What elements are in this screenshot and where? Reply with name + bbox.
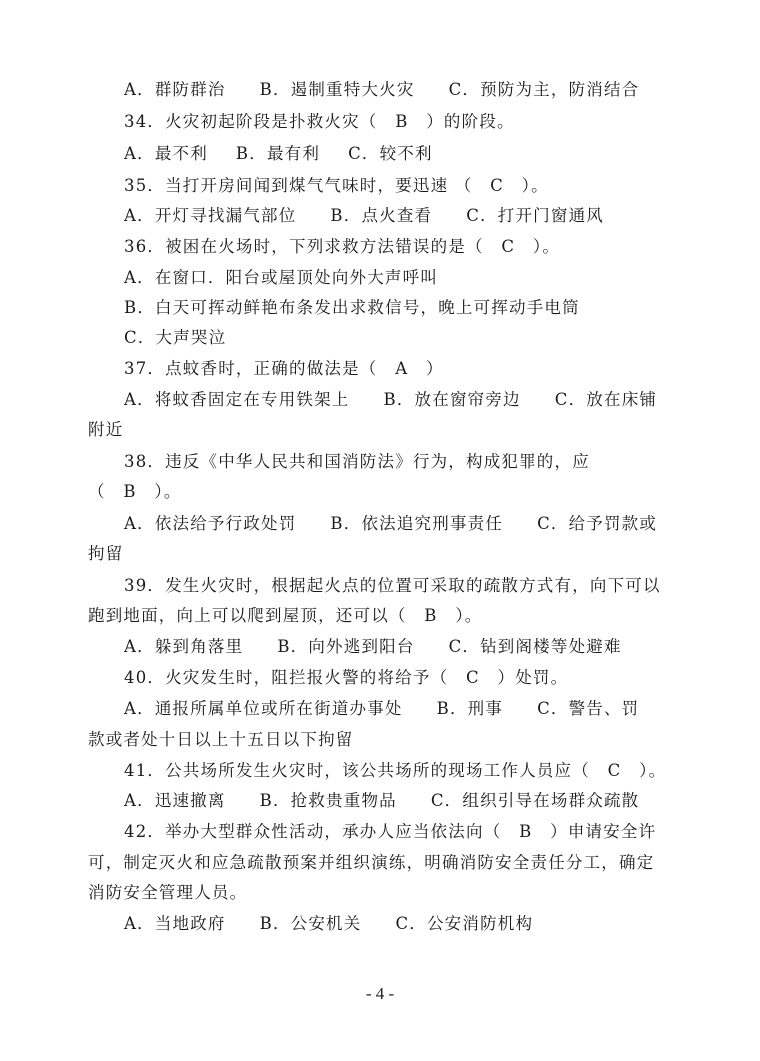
option-a: A．躲到角落里 — [124, 636, 243, 658]
option-continuation: 拘留 — [88, 543, 672, 565]
option-c: C．预防为主，防消结合 — [449, 79, 640, 101]
options-q37: A．将蚊香固定在专用铁架上B．放在窗帘旁边C．放在床铺 — [124, 389, 708, 411]
option-b: B．依法追究刑事责任 — [330, 513, 503, 535]
option-c: C．放在床铺 — [555, 389, 657, 411]
question-42: 42．举办大型群众性活动，承办人应当依法向（ B ）申请安全许 — [124, 821, 708, 843]
option-c: C．组织引导在场群众疏散 — [431, 790, 640, 812]
options-q35: A．开灯寻找漏气部位B．点火查看C．打开门窗通风 — [124, 205, 708, 227]
question-41: 41．公共场所发生火灾时，该公共场所的现场工作人员应（ C ）。 — [124, 760, 708, 782]
option-a: A．开灯寻找漏气部位 — [124, 205, 296, 227]
option-a: A．将蚊香固定在专用铁架上 — [124, 389, 350, 411]
option-a: A．通报所属单位或所在街道办事处 — [124, 698, 403, 720]
question-37: 37．点蚊香时，正确的做法是（ A ） — [124, 358, 708, 380]
question-38-continuation: （ B ）。 — [88, 481, 672, 503]
option-continuation: 款或者处十日以上十五日以下拘留 — [88, 729, 672, 751]
option-a: A．最不利 — [124, 143, 208, 165]
option-b: B．抢救贵重物品 — [260, 790, 397, 812]
options-q40: A．通报所属单位或所在街道办事处B．刑事C．警告、罚 — [124, 698, 708, 720]
option-c: C．给予罚款或 — [537, 513, 657, 535]
option-c-q36: C．大声哭泣 — [124, 327, 708, 349]
option-c: C．钻到阁楼等处避难 — [449, 636, 622, 658]
option-b: B．遏制重特大火灾 — [260, 79, 415, 101]
option-a-q36: A．在窗口．阳台或屋顶处向外大声呼叫 — [124, 267, 708, 289]
option-b: B．向外逃到阳台 — [277, 636, 414, 658]
option-a: A．当地政府 — [124, 913, 226, 935]
option-b: B．点火查看 — [330, 205, 432, 227]
option-b: B．放在窗帘旁边 — [384, 389, 521, 411]
option-a: A．依法给予行政处罚 — [124, 513, 296, 535]
option-b: B．刑事 — [437, 698, 503, 720]
question-42-continuation: 消防安全管理人员。 — [88, 882, 672, 904]
option-c: C．较不利 — [348, 143, 433, 165]
question-36: 36．被困在火场时，下列求救方法错误的是（ C ）。 — [124, 236, 708, 258]
options-q34: A．最不利B．最有利C．较不利 — [124, 143, 708, 165]
option-b: B．最有利 — [236, 143, 320, 165]
page-number: - 4 - — [0, 984, 760, 1004]
options-q39: A．躲到角落里B．向外逃到阳台C．钻到阁楼等处避难 — [124, 636, 708, 658]
question-39-continuation: 跑到地面，向上可以爬到屋顶，还可以（ B ）。 — [88, 605, 672, 627]
question-39: 39．发生火灾时，根据起火点的位置可采取的疏散方式有，向下可以 — [124, 575, 708, 597]
option-a: A．迅速撤离 — [124, 790, 226, 812]
option-b-q36: B．白天可挥动鲜艳布条发出求救信号，晚上可挥动手电筒 — [124, 297, 708, 319]
options-q42: A．当地政府B．公安机关C．公安消防机构 — [124, 913, 708, 935]
question-40: 40．火灾发生时，阻拦报火警的将给予（ C ）处罚。 — [124, 667, 708, 689]
options-q38: A．依法给予行政处罚B．依法追究刑事责任C．给予罚款或 — [124, 513, 708, 535]
options-q33: A．群防群治B．遏制重特大火灾C．预防为主，防消结合 — [124, 79, 708, 101]
option-continuation: 附近 — [88, 419, 672, 441]
options-q41: A．迅速撤离B．抢救贵重物品C．组织引导在场群众疏散 — [124, 790, 708, 812]
document-page: A．群防群治B．遏制重特大火灾C．预防为主，防消结合 34．火灾初起阶段是扑救火… — [0, 0, 760, 1061]
question-35: 35．当打开房间闻到煤气气味时，要迅速 （ C ）。 — [124, 175, 708, 197]
option-c: C．警告、罚 — [537, 698, 639, 720]
option-c: C．公安消防机构 — [395, 913, 533, 935]
question-42-continuation: 可，制定灭火和应急疏散预案并组织演练，明确消防安全责任分工，确定 — [88, 852, 672, 874]
question-34: 34．火灾初起阶段是扑救火灾（ B ）的阶段。 — [124, 111, 708, 133]
option-b: B．公安机关 — [260, 913, 362, 935]
option-c: C．打开门窗通风 — [466, 205, 604, 227]
question-38: 38．违反《中华人民共和国消防法》行为，构成犯罪的，应 — [124, 451, 708, 473]
option-a: A．群防群治 — [124, 79, 226, 101]
